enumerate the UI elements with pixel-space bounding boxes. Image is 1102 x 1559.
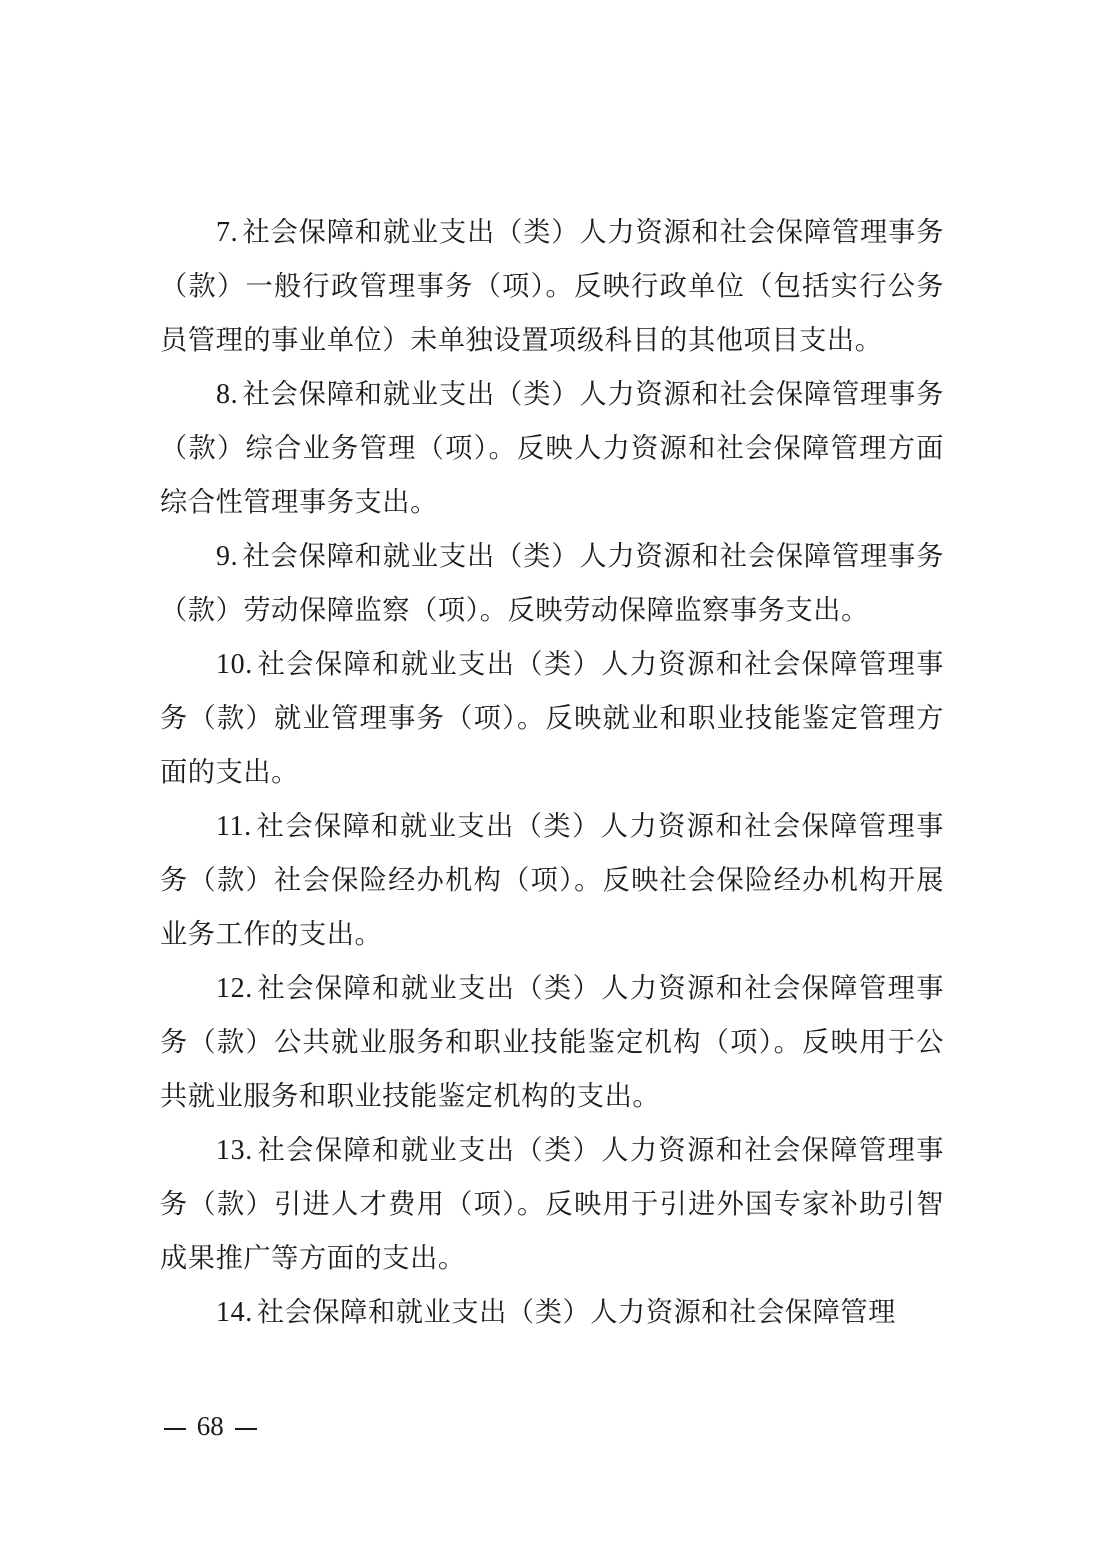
item-number: 12. — [216, 973, 253, 1004]
paragraph-item-14: 14.社会保障和就业支出（类）人力资源和社会保障管理 — [160, 1286, 944, 1340]
item-number: 14. — [216, 1297, 253, 1328]
dash-left — [164, 1428, 186, 1430]
paragraph-item-9: 9.社会保障和就业支出（类）人力资源和社会保障管理事务（款）劳动保障监察（项）。… — [160, 530, 944, 638]
item-number: 8. — [216, 379, 238, 410]
paragraph-text: 社会保障和就业支出（类）人力资源和社会保障管理事务（款）社会保险经办机构（项）。… — [160, 811, 944, 950]
paragraph-text: 社会保障和就业支出（类）人力资源和社会保障管理事务（款）就业管理事务（项）。反映… — [160, 649, 944, 788]
paragraph-item-10: 10.社会保障和就业支出（类）人力资源和社会保障管理事务（款）就业管理事务（项）… — [160, 638, 944, 800]
page-number-value: 68 — [197, 1411, 224, 1441]
paragraph-text: 社会保障和就业支出（类）人力资源和社会保障管理事务（款）综合业务管理（项）。反映… — [160, 379, 944, 518]
paragraph-item-13: 13.社会保障和就业支出（类）人力资源和社会保障管理事务（款）引进人才费用（项）… — [160, 1124, 944, 1286]
item-number: 11. — [216, 811, 252, 842]
dash-right — [235, 1428, 257, 1430]
paragraph-text: 社会保障和就业支出（类）人力资源和社会保障管理 — [257, 1297, 896, 1328]
paragraph-item-7: 7.社会保障和就业支出（类）人力资源和社会保障管理事务（款）一般行政管理事务（项… — [160, 206, 944, 368]
paragraph-text: 社会保障和就业支出（类）人力资源和社会保障管理事务（款）引进人才费用（项）。反映… — [160, 1135, 944, 1274]
document-body: 7.社会保障和就业支出（类）人力资源和社会保障管理事务（款）一般行政管理事务（项… — [160, 206, 944, 1340]
item-number: 7. — [216, 217, 238, 248]
paragraph-text: 社会保障和就业支出（类）人力资源和社会保障管理事务（款）一般行政管理事务（项）。… — [160, 217, 944, 356]
item-number: 9. — [216, 541, 238, 572]
paragraph-item-12: 12.社会保障和就业支出（类）人力资源和社会保障管理事务（款）公共就业服务和职业… — [160, 962, 944, 1124]
page-number: 68 — [160, 1408, 261, 1444]
item-number: 10. — [216, 649, 253, 680]
paragraph-item-8: 8.社会保障和就业支出（类）人力资源和社会保障管理事务（款）综合业务管理（项）。… — [160, 368, 944, 530]
paragraph-text: 社会保障和就业支出（类）人力资源和社会保障管理事务（款）劳动保障监察（项）。反映… — [160, 541, 944, 626]
item-number: 13. — [216, 1135, 253, 1166]
paragraph-item-11: 11.社会保障和就业支出（类）人力资源和社会保障管理事务（款）社会保险经办机构（… — [160, 800, 944, 962]
paragraph-text: 社会保障和就业支出（类）人力资源和社会保障管理事务（款）公共就业服务和职业技能鉴… — [160, 973, 944, 1112]
